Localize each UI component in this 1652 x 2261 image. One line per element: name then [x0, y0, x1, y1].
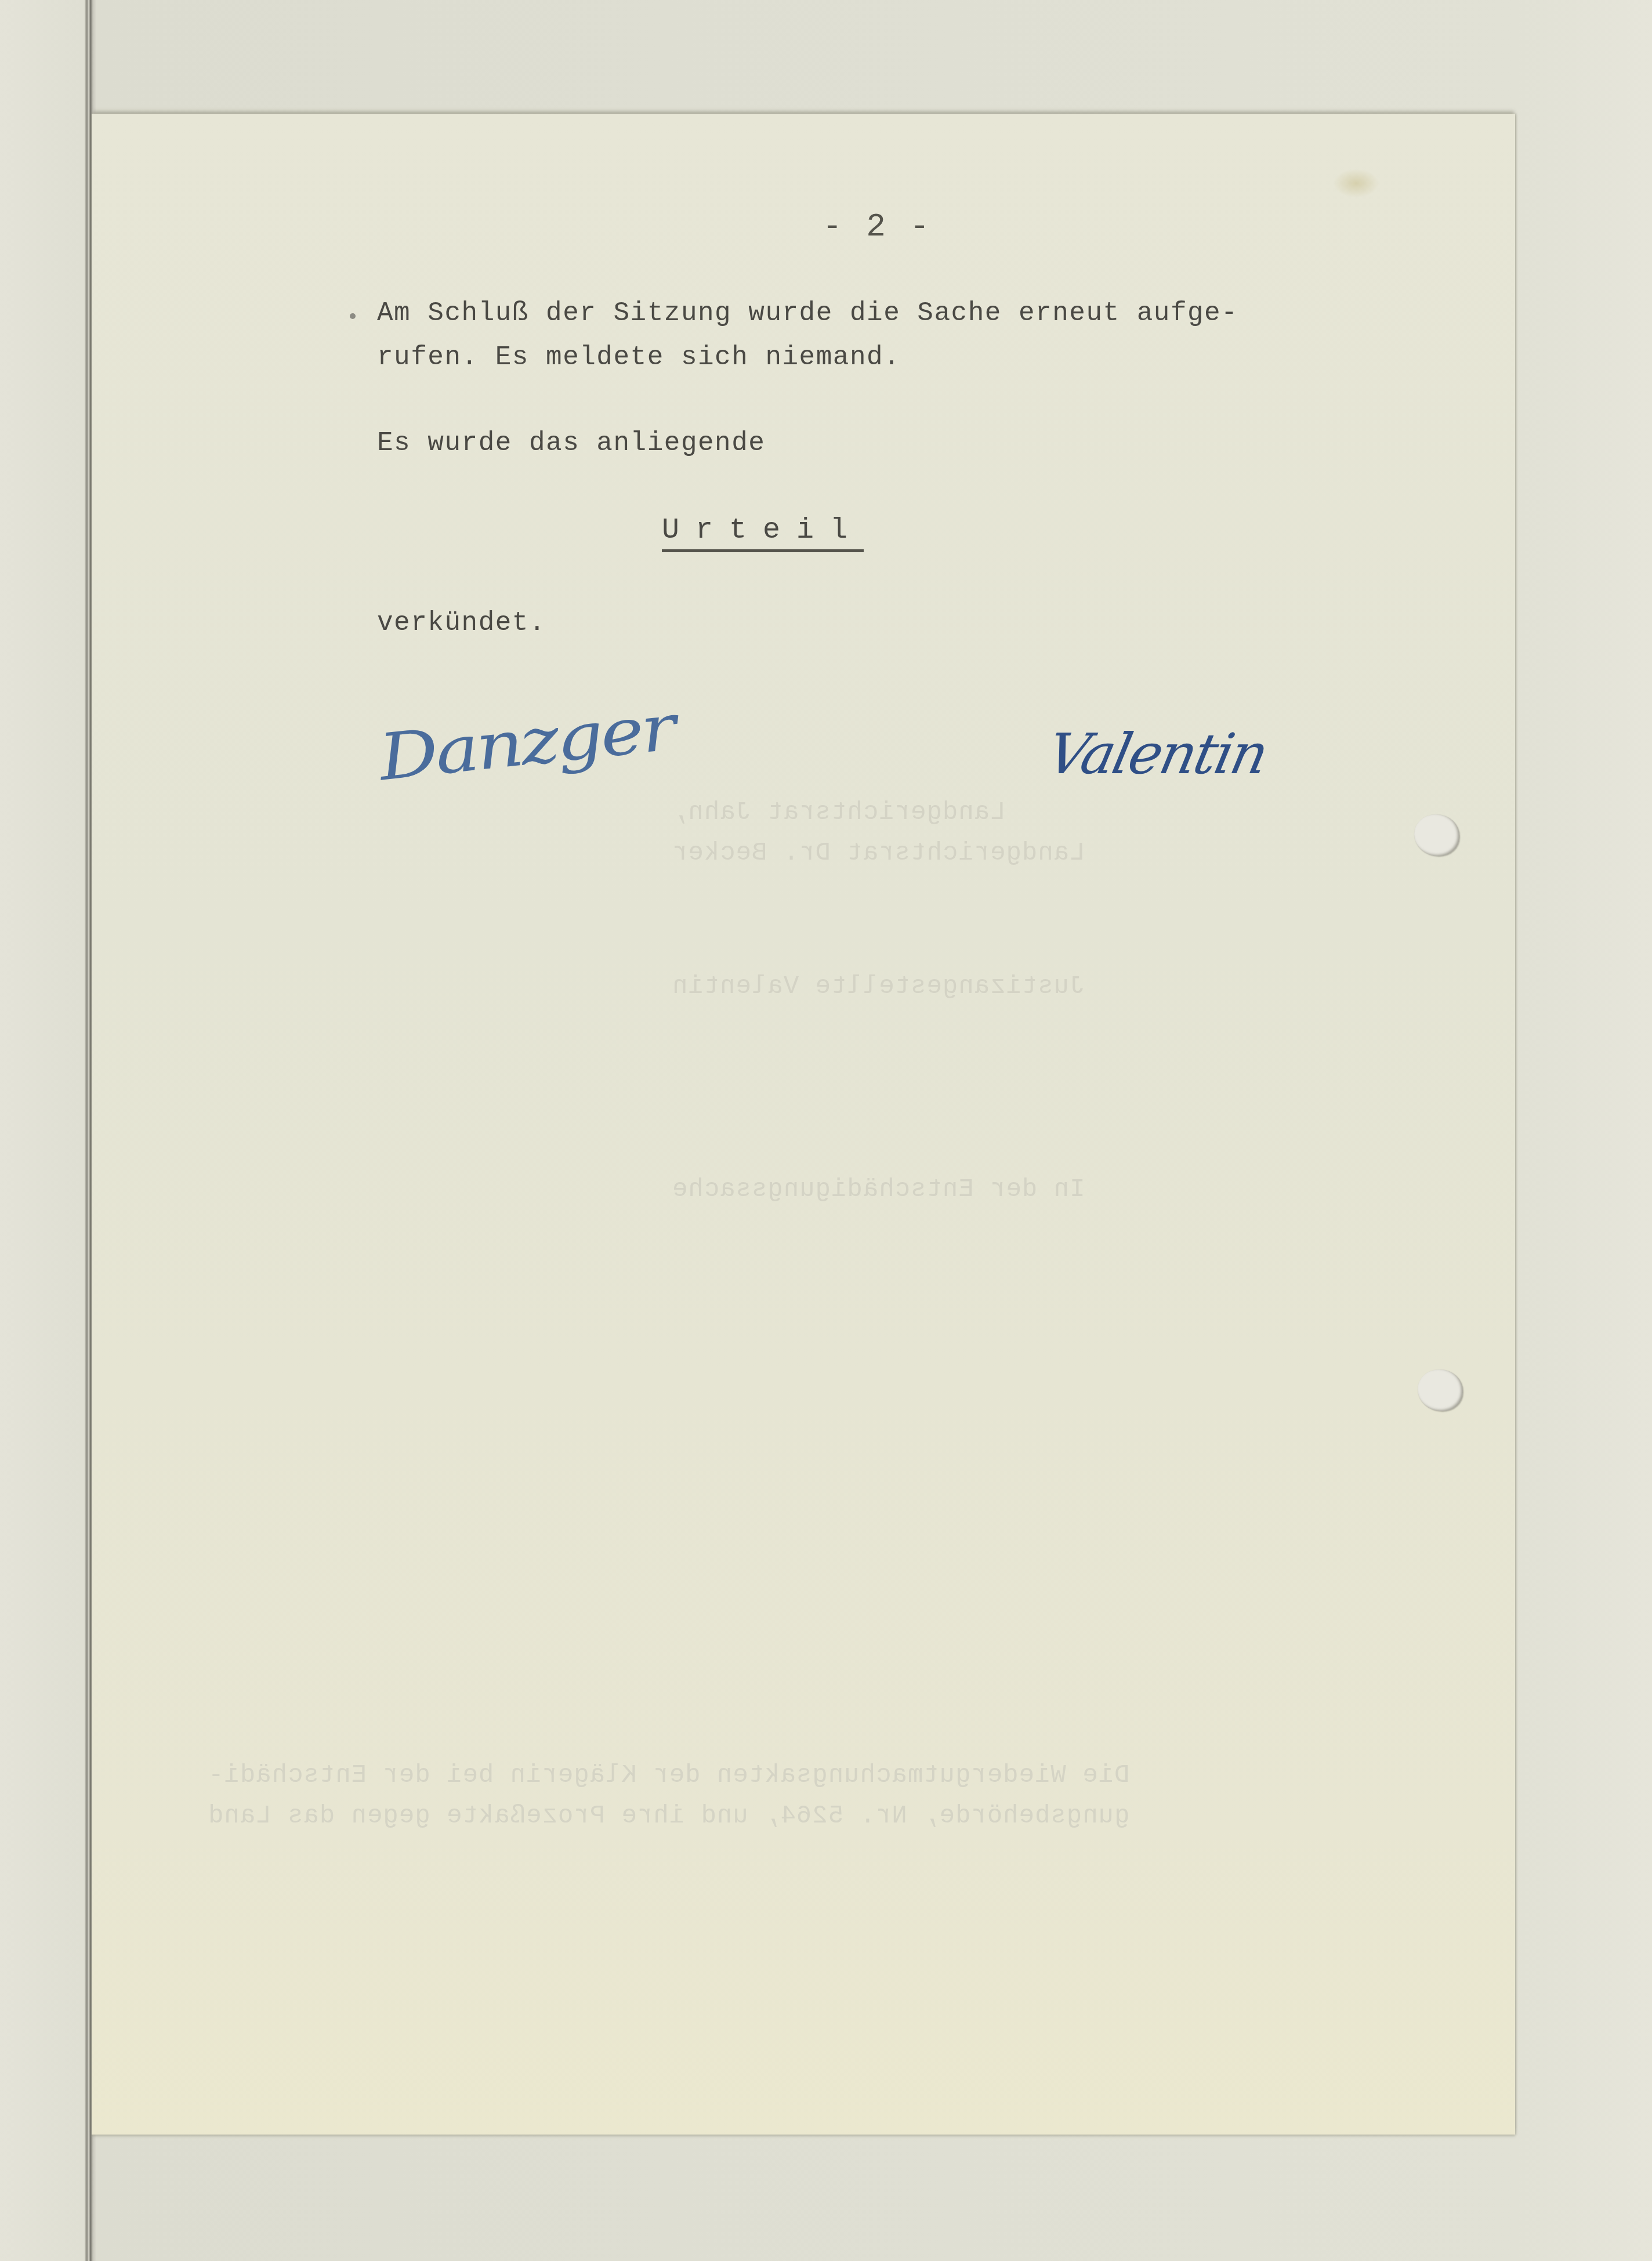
- page-number: - 2 -: [823, 208, 932, 245]
- paragraph-session-end: Am Schluß der Sitzung wurde die Sache er…: [377, 291, 1238, 379]
- punch-hole: [1418, 1369, 1463, 1411]
- bleed-through-text: Landgerichtsrat Jahn,: [672, 798, 1006, 827]
- signature-clerk: Valentin: [1042, 722, 1273, 787]
- text-line: rufen. Es meldete sich niemand.: [377, 342, 900, 372]
- bleed-through-text: In der Entschädigungssache: [672, 1175, 1085, 1204]
- bleed-through-text: Die Wiedergutmachungsakten der Klägerin …: [208, 1761, 1129, 1790]
- punch-hole: [1414, 814, 1459, 856]
- document-page: Landgerichtsrat Jahn, Landgerichtsrat Dr…: [92, 114, 1515, 2135]
- paragraph-announcement: Es wurde das anliegende: [377, 421, 765, 465]
- signature-judge: Danzger: [376, 690, 678, 795]
- text-line: Am Schluß der Sitzung wurde die Sache er…: [377, 298, 1238, 328]
- bleed-through-text: Landgerichtsrat Dr. Becker: [672, 839, 1085, 868]
- heading-urteil: Urteil: [662, 514, 864, 552]
- margin-dot: [350, 313, 356, 319]
- bleed-through-text: gungsbehörde, Nr. 5264, und ihre Prozeßa…: [208, 1802, 1129, 1831]
- paragraph-verkuendet: verkündet.: [377, 601, 546, 645]
- bleed-through-text: Justizangestellte Valentin: [672, 972, 1085, 1001]
- paper-stain: [1333, 169, 1379, 198]
